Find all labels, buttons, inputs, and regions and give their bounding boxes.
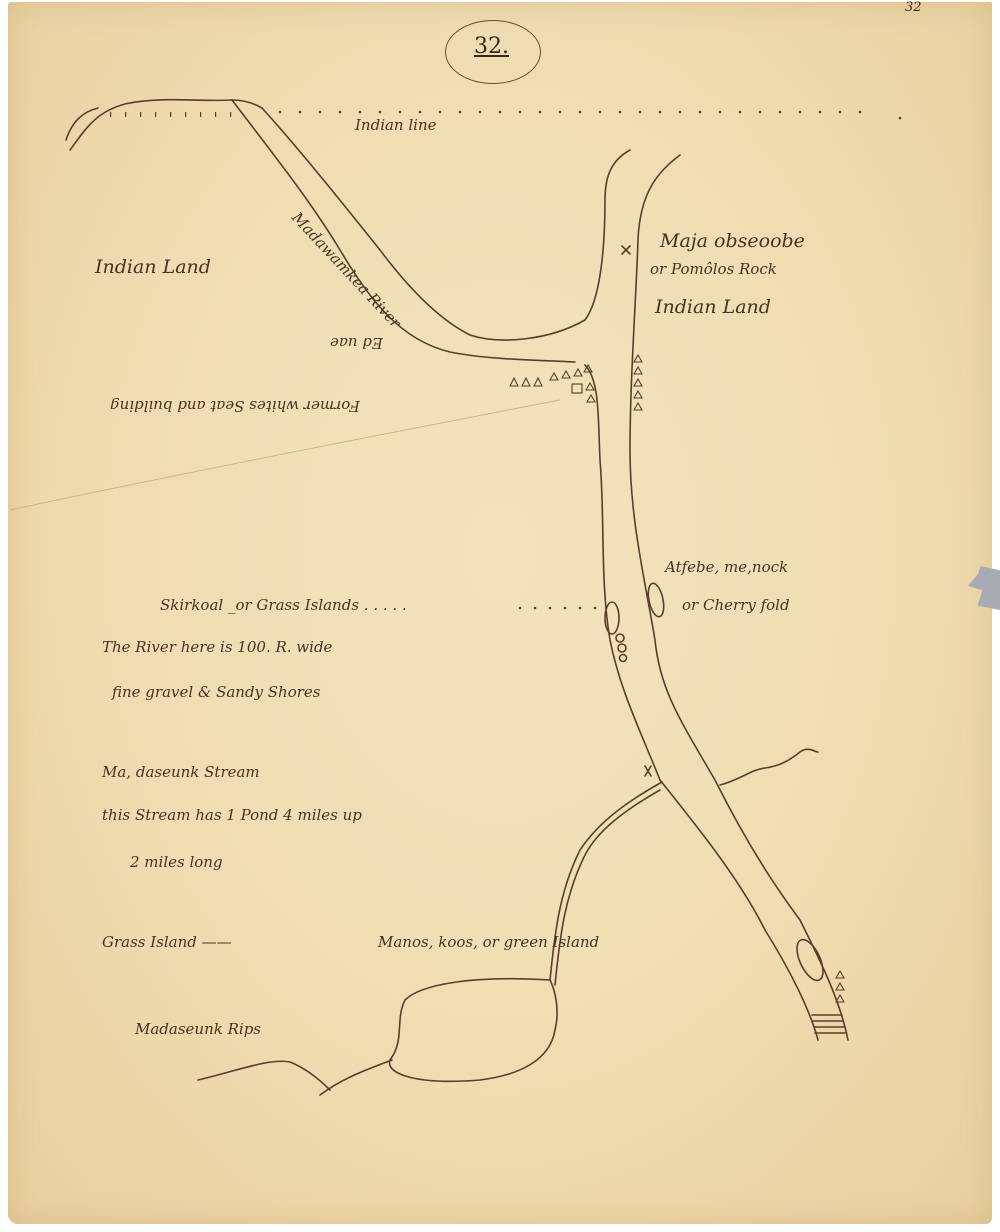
island-small-1 [616, 634, 624, 642]
northwest-ticks [110, 112, 231, 117]
label-atfebe-menock: Atfebe, me,nock [665, 560, 788, 575]
label-cherry-fold: or Cherry fold [682, 598, 790, 613]
label-miles-long: 2 miles long [130, 855, 223, 870]
madawaska-river-south-bank [232, 100, 575, 362]
label-manos-koos: Manos, koos, or green Island [378, 935, 599, 950]
label-skirkoal: Skirkoal _or Grass Islands . . . . . [160, 598, 407, 613]
label-river-width: The River here is 100. R. wide [102, 640, 332, 655]
madawaska-river-north-bank [262, 108, 630, 340]
label-stream-pond: this Stream has 1 Pond 4 miles up [102, 808, 362, 823]
label-madaseunk-rips: Madaseunk Rips [135, 1022, 261, 1037]
label-inverted-former-seat: Former whites Seat and building [110, 398, 360, 413]
label-maja-obseoobe: Maja obseoobe [660, 232, 805, 251]
label-inverted-small: Ed uae [330, 335, 383, 350]
page-number: 32. [474, 34, 509, 59]
rips-stream-west [198, 1061, 330, 1090]
x-marker-1 [622, 246, 630, 254]
label-indian-line: Indian line [355, 118, 437, 133]
corner-page-number: 32 [905, 0, 922, 15]
island-small-2 [618, 644, 626, 652]
main-river-west-bank [585, 365, 660, 780]
northwest-river-bank [70, 100, 262, 150]
island-small-3 [620, 655, 627, 662]
rips-hatching [812, 1015, 845, 1033]
label-gravel-shores: fine gravel & Sandy Shores [112, 685, 321, 700]
label-madaseunk-stream: Ma, daseunk Stream [102, 765, 260, 780]
rips-stream-east [320, 1060, 392, 1095]
label-indian-land-east: Indian Land [655, 298, 771, 317]
label-indian-land-west: Indian Land [95, 258, 211, 277]
skirkoal-leader-dots [519, 607, 597, 610]
map-drawing [0, 0, 1000, 1232]
label-pomolos-rock: or Pomôlos Rock [650, 262, 777, 277]
label-grass-island: Grass Island —— [102, 935, 232, 950]
island-green [792, 936, 829, 984]
main-river-lower-west-bank [660, 780, 818, 1040]
island-cherry [646, 582, 667, 618]
paper-crease [10, 400, 560, 510]
pond-outline [390, 979, 558, 1082]
x-marker-2 [645, 766, 651, 776]
east-tributary [720, 749, 818, 785]
